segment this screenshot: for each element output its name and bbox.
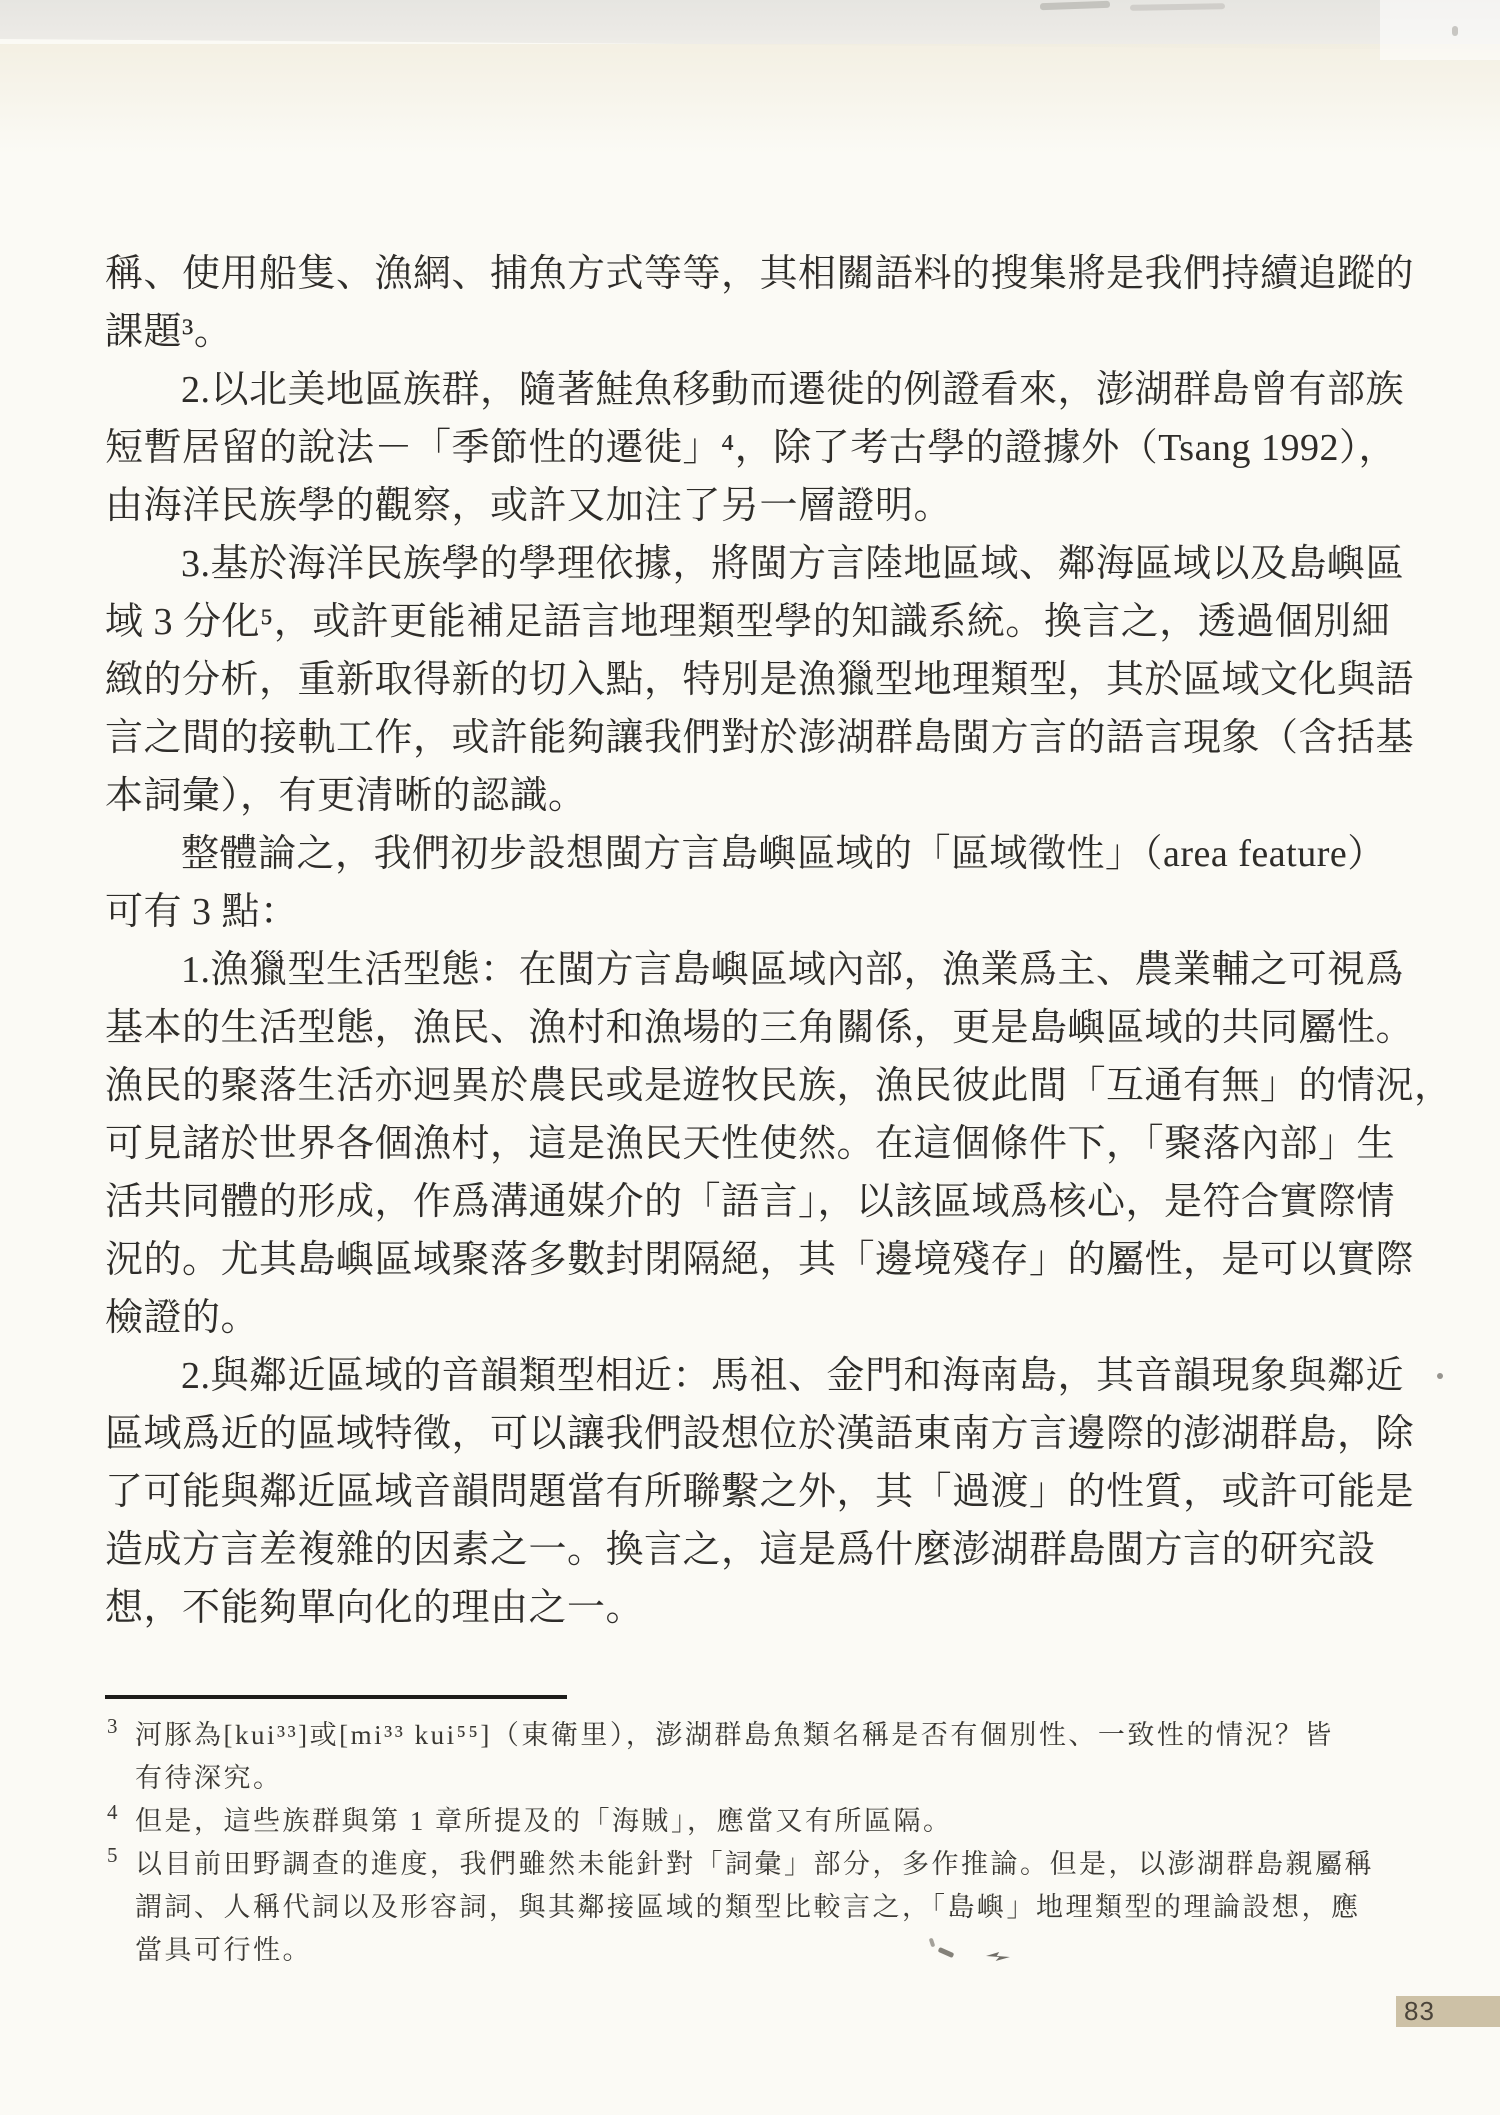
body-line: 可見諸於世界各個漁村，這是漁民天性使然。在這個條件下，「聚落內部」生 (105, 1115, 1411, 1173)
body-line: 活共同體的形成，作爲溝通媒介的「語言」，以該區域爲核心，是符合實際情 (105, 1173, 1411, 1231)
body-line: 緻的分析，重新取得新的切入點，特別是漁獵型地理類型，其於區域文化與語 (105, 651, 1411, 709)
body-line: 基本的生活型態，漁民、漁村和漁場的三角關係，更是島嶼區域的共同屬性。 (105, 999, 1411, 1057)
body-line: 2.以北美地區族群，隨著鮭魚移動而遷徙的例證看來，澎湖群島曾有部族 (105, 361, 1411, 419)
scan-speck (1437, 1373, 1443, 1379)
body-line: 稱、使用船隻、漁網、捕魚方式等等，其相關語料的搜集將是我們持續追蹤的 (105, 245, 1411, 303)
scan-smudge (1452, 26, 1458, 36)
footnote-line: 有待深究。 (135, 1757, 1415, 1800)
body-line: 2.與鄰近區域的音韻類型相近：馬祖、金門和海南島，其音韻現象與鄰近 (105, 1347, 1411, 1405)
body-line: 課題³。 (105, 303, 1411, 361)
body-line: 想，不能夠單向化的理由之一。 (105, 1579, 1411, 1637)
footnote-line: 謂詞、人稱代詞以及形容詞，與其鄰接區域的類型比較言之，「島嶼」地理類型的理論設想… (135, 1886, 1415, 1929)
footnote-marker: 5 (107, 1845, 118, 1866)
body-line: 1.漁獵型生活型態：在閩方言島嶼區域內部，漁業爲主、農業輔之可視爲 (105, 941, 1411, 999)
body-line: 了可能與鄰近區域音韻問題當有所聯繫之外，其「過渡」的性質，或許可能是 (105, 1463, 1411, 1521)
page-number: 83 (1396, 1996, 1435, 2027)
scan-corner-highlight (1380, 0, 1500, 60)
footnote-line: 當具可行性。 (135, 1929, 1415, 1972)
footnote-5: 5 以目前田野調查的進度，我們雖然未能針對「詞彙」部分，多作推論。但是，以澎湖群… (105, 1843, 1415, 1972)
footnote-3: 3 河豚為[kui³³]或[mi³³ kui⁵⁵]（東衛里），澎湖群島魚類名稱是… (105, 1714, 1415, 1800)
body-line: 檢證的。 (105, 1289, 1411, 1347)
body-line: 3.基於海洋民族學的學理依據，將閩方言陸地區域、鄰海區域以及島嶼區 (105, 535, 1411, 593)
body-line: 域 3 分化⁵，或許更能補足語言地理類型學的知識系統。換言之，透過個別細 (105, 593, 1411, 651)
footnote-marker: 4 (107, 1802, 118, 1823)
body-line: 整體論之，我們初步設想閩方言島嶼區域的「區域徵性」（area feature） (105, 825, 1411, 883)
footnote-4: 4 但是，這些族群與第 1 章所提及的「海賊」，應當又有所區隔。 (105, 1800, 1415, 1843)
page-number-badge: 83 (1396, 1996, 1500, 2027)
body-line: 短暫居留的說法－「季節性的遷徙」⁴，除了考古學的證據外（Tsang 1992）， (105, 419, 1411, 477)
footnotes: 3 河豚為[kui³³]或[mi³³ kui⁵⁵]（東衛里），澎湖群島魚類名稱是… (105, 1714, 1415, 1972)
body-line: 本詞彙），有更清晰的認識。 (105, 767, 1411, 825)
body-text: 稱、使用船隻、漁網、捕魚方式等等，其相關語料的搜集將是我們持續追蹤的 課題³。 … (105, 245, 1411, 1637)
scanned-document-page: 稱、使用船隻、漁網、捕魚方式等等，其相關語料的搜集將是我們持續追蹤的 課題³。 … (0, 0, 1500, 2115)
body-line: 言之間的接軌工作，或許能夠讓我們對於澎湖群島閩方言的語言現象（含括基 (105, 709, 1411, 767)
body-line: 造成方言差複雜的因素之一。換言之，這是爲什麼澎湖群島閩方言的研究設 (105, 1521, 1411, 1579)
body-line: 漁民的聚落生活亦迥異於農民或是遊牧民族，漁民彼此間「互通有無」的情況， (105, 1057, 1411, 1115)
footnote-line: 但是，這些族群與第 1 章所提及的「海賊」，應當又有所區隔。 (135, 1800, 1415, 1843)
footnote-marker: 3 (107, 1716, 118, 1737)
footnote-line: 河豚為[kui³³]或[mi³³ kui⁵⁵]（東衛里），澎湖群島魚類名稱是否有… (135, 1714, 1415, 1757)
footnote-line: 以目前田野調查的進度，我們雖然未能針對「詞彙」部分，多作推論。但是，以澎湖群島親… (135, 1843, 1415, 1886)
body-line: 況的。尤其島嶼區域聚落多數封閉隔絕，其「邊境殘存」的屬性，是可以實際 (105, 1231, 1411, 1289)
body-line: 可有 3 點： (105, 883, 1411, 941)
scan-cream-tint (0, 44, 1500, 154)
footnote-separator (105, 1695, 567, 1699)
body-line: 由海洋民族學的觀察，或許又加注了另一層證明。 (105, 477, 1411, 535)
body-line: 區域爲近的區域特徵，可以讓我們設想位於漢語東南方言邊際的澎湖群島，除 (105, 1405, 1411, 1463)
scanner-shadow-band (0, 0, 1500, 50)
